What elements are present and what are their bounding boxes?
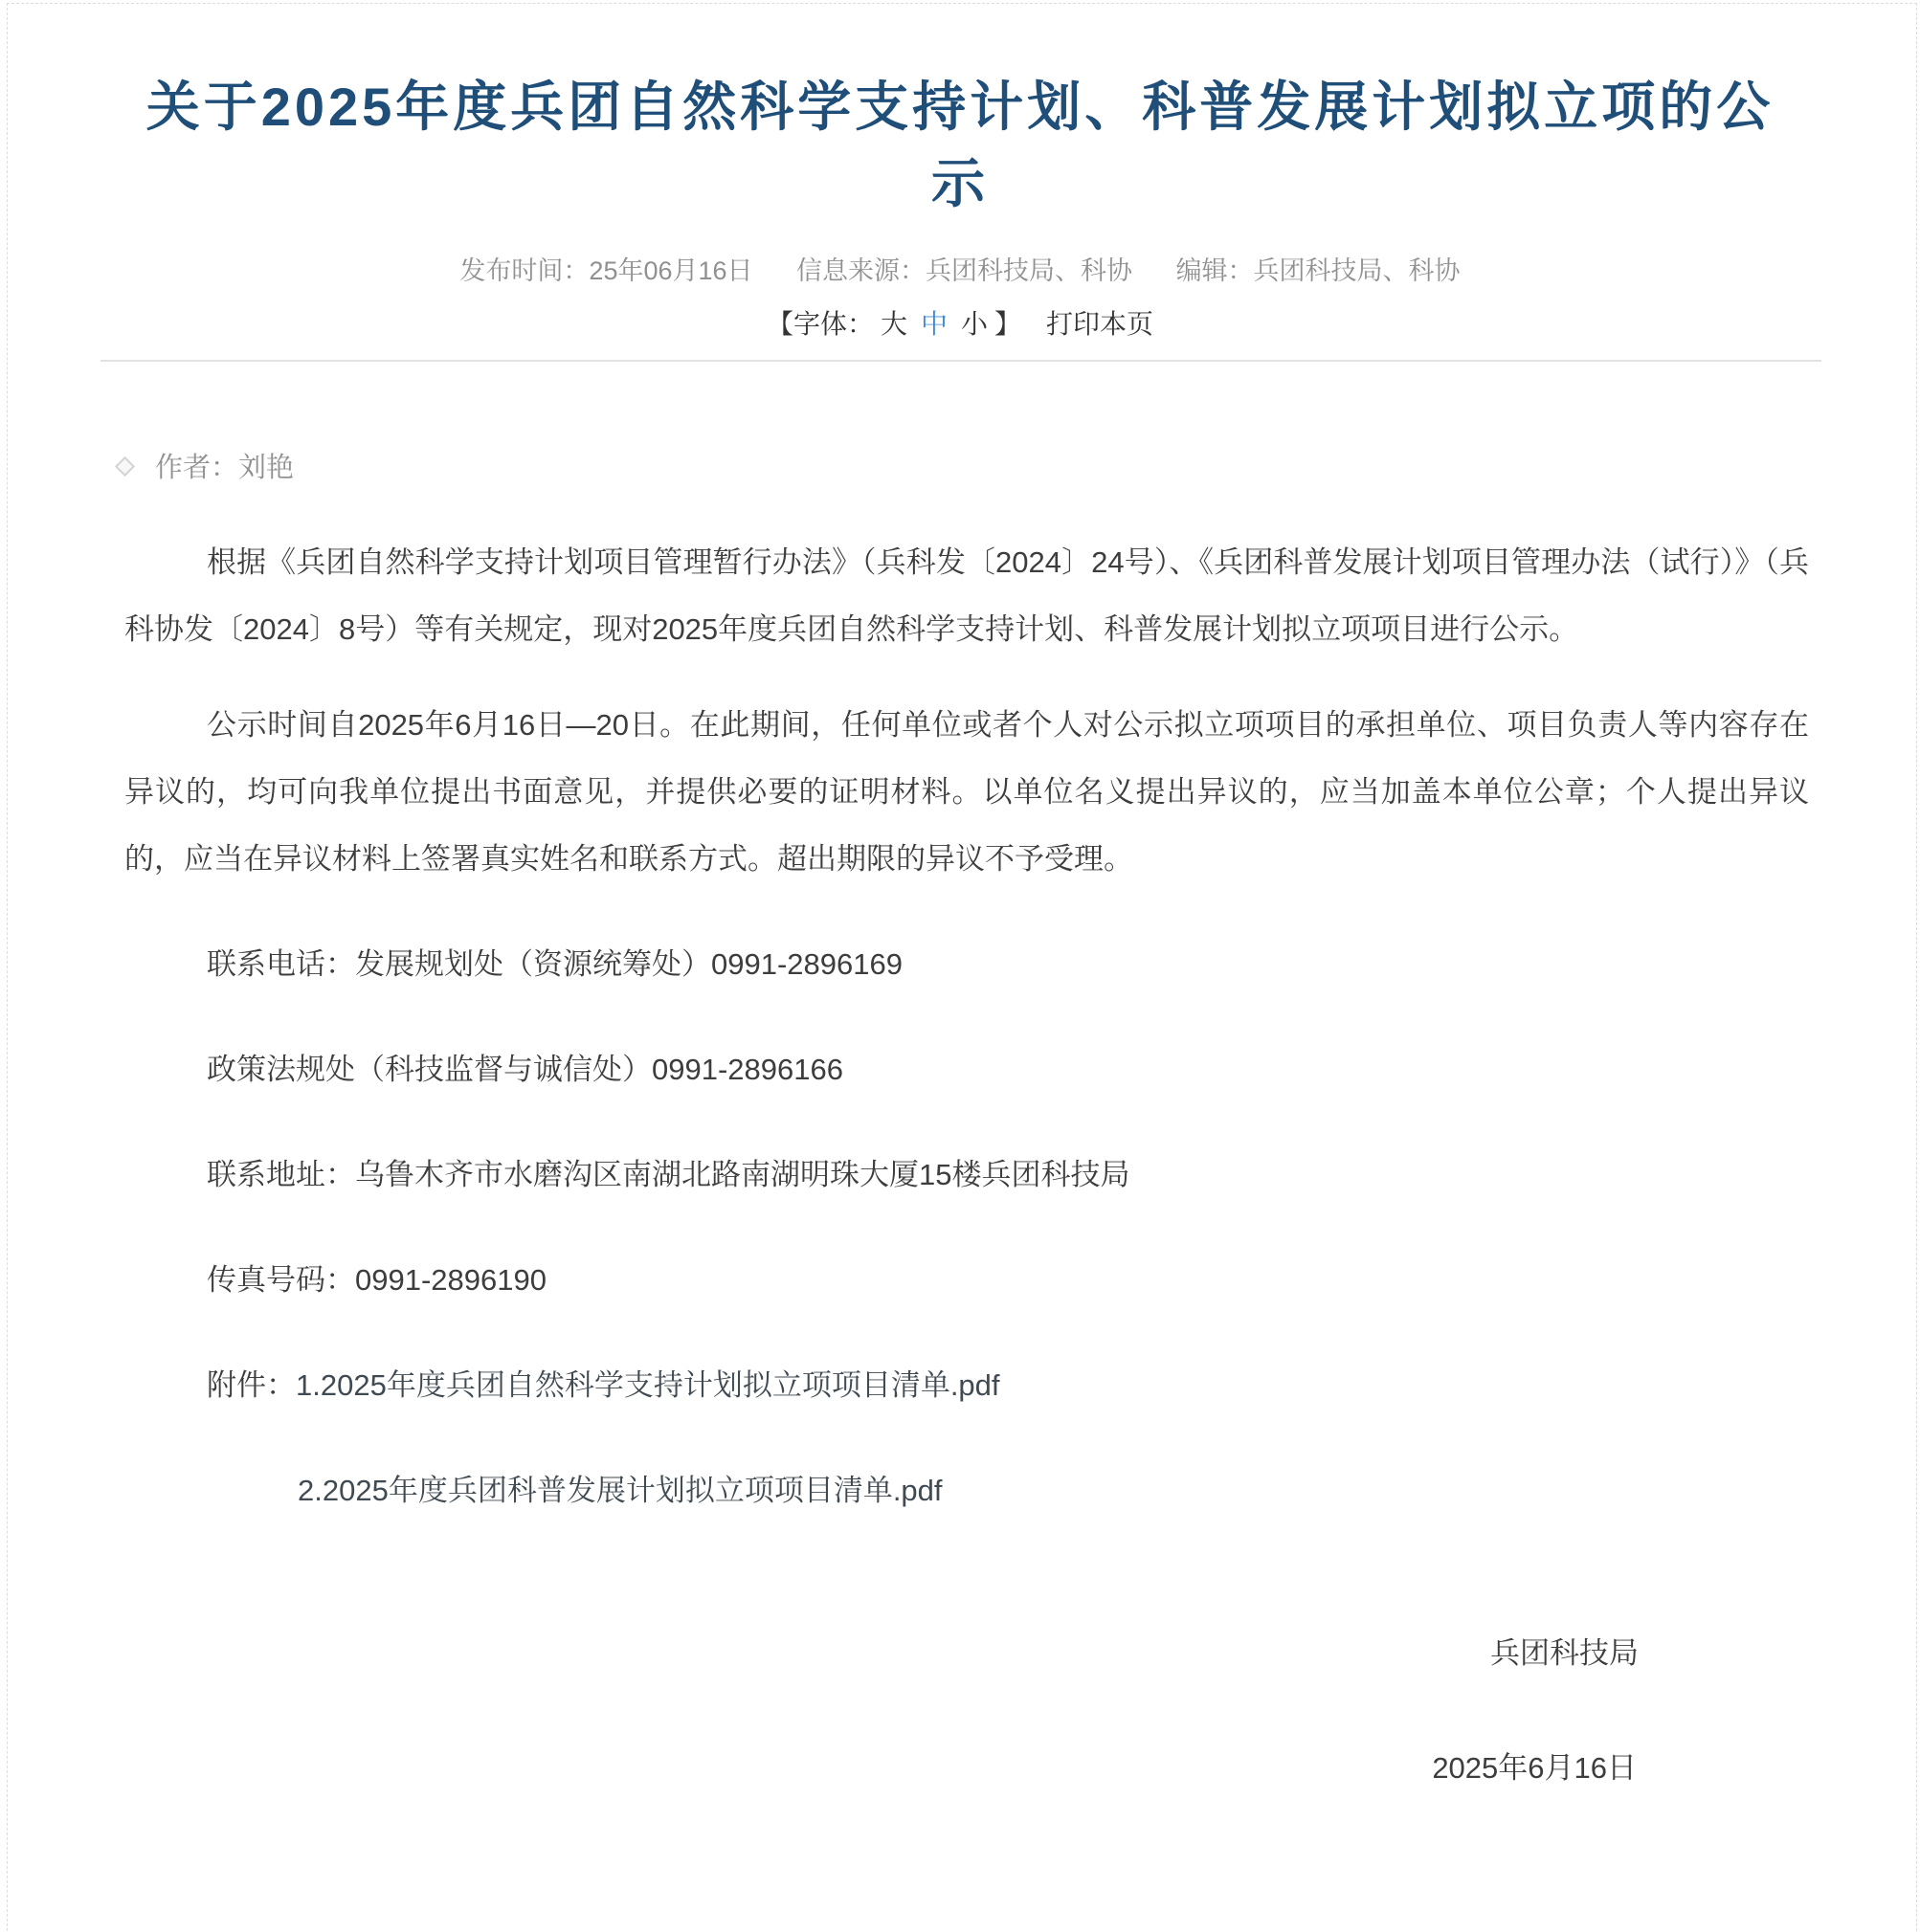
signature-date: 2025年6月16日: [124, 1735, 1637, 1802]
font-size-medium-button[interactable]: 中: [921, 309, 948, 339]
page-title: 关于2025年度兵团自然科学支持计划、科普发展计划拟立项的公示: [127, 69, 1793, 222]
header-divider: [100, 360, 1821, 362]
author-label: 作者：刘艳: [155, 453, 294, 483]
article-body: 根据《兵团自然科学支持计划项目管理暂行办法》（兵科发〔2024〕24号）、《兵团…: [124, 529, 1809, 1802]
font-controls-prefix: 【字体：: [767, 309, 874, 339]
print-page-button[interactable]: 打印本页: [1046, 309, 1153, 339]
editor: 编辑：兵团科技局、科协: [1176, 256, 1461, 285]
attachment-label: 附件：: [207, 1368, 296, 1402]
article-meta: 发布时间：25年06月16日 信息来源：兵团科技局、科协 编辑：兵团科技局、科协: [0, 255, 1920, 287]
attachment-line-2: 2.2025年度兵团科普发展计划拟立项项目清单.pdf: [124, 1457, 1809, 1524]
publish-time: 发布时间：25年06月16日: [459, 256, 752, 285]
info-source: 信息来源：兵团科技局、科协: [796, 256, 1132, 285]
font-size-controls: 【字体：大中小】打印本页: [0, 308, 1920, 341]
diamond-bullet-icon: [115, 456, 135, 477]
attachment-link-2[interactable]: 2.2025年度兵团科普发展计划拟立项项目清单.pdf: [298, 1474, 943, 1507]
paragraph-publicity-period: 公示时间自2025年6月16日—20日。在此期间，任何单位或者个人对公示拟立项项…: [124, 692, 1809, 893]
contact-policy-line: 政策法规处（科技监督与诚信处）0991-2896166: [124, 1036, 1809, 1103]
contact-fax-line: 传真号码：0991-2896190: [124, 1247, 1809, 1314]
signature-org: 兵团科技局: [124, 1620, 1639, 1687]
author-row: 作者：刘艳: [118, 451, 1920, 485]
attachment-link-1[interactable]: 1.2025年度兵团自然科学支持计划拟立项项目清单.pdf: [296, 1368, 1000, 1402]
contact-address-line: 联系地址：乌鲁木齐市水磨沟区南湖北路南湖明珠大厦15楼兵团科技局: [124, 1142, 1809, 1209]
contact-phone-line: 联系电话：发展规划处（资源统筹处）0991-2896169: [124, 931, 1809, 998]
paragraph-basis: 根据《兵团自然科学支持计划项目管理暂行办法》（兵科发〔2024〕24号）、《兵团…: [124, 529, 1809, 663]
font-size-small-button[interactable]: 小: [961, 309, 988, 339]
announcement-page: 关于2025年度兵团自然科学支持计划、科普发展计划拟立项的公示 发布时间：25年…: [0, 0, 1920, 1802]
font-controls-suffix: 】: [994, 309, 1021, 339]
attachment-line-1: 附件：1.2025年度兵团自然科学支持计划拟立项项目清单.pdf: [124, 1352, 1809, 1419]
font-size-large-button[interactable]: 大: [881, 309, 907, 339]
